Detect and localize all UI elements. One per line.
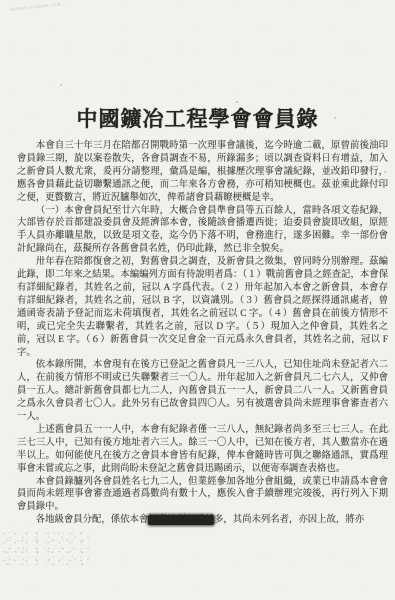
watermark-text: latbrary unzbook com	[9, 0, 99, 14]
preface-paragraph-4: 依本錄所開，本會現有在後方已登記之舊會員凡一三八人，已知住址尚未登記者六二人，在…	[17, 359, 388, 424]
preface-paragraph-6: 本會員錄臚列各會員姓名七九二人，但業經參加各地分會組織，或業已申請爲本會會員而尚…	[17, 476, 388, 515]
noise-speck	[150, 60, 151, 61]
noise-speck	[60, 84, 62, 86]
paragraph-7-text-after: 多，其尚未列名者，亦因上故，將亦	[214, 515, 364, 525]
scanned-document-page: latbrary unzbook com 中國鑛冶工程學會會員錄 本會自三十年三…	[0, 0, 395, 600]
noise-speck	[384, 171, 386, 173]
noise-speck	[388, 430, 390, 432]
document-body: 本會自三十年三月在陪都召開戰時第一次理事會議後，迄今時逾二載，原曾前後油印會員錄…	[17, 140, 388, 527]
noise-speck	[236, 101, 238, 103]
noise-speck	[334, 117, 336, 119]
noise-speck	[380, 260, 382, 262]
preface-paragraph-3: 卅年春在陪都復會之初，對舊會員之調查，及新會員之徵集，曾同時分別辦理。茲編此錄，…	[17, 256, 388, 359]
preface-paragraph-2: （一）本會會員紀至廿六年時，大概合會員準會員等五百餘人，當時各項文卷紀錄，大部皆…	[17, 205, 388, 257]
document-title: 中國鑛冶工程學會會員錄	[0, 103, 395, 133]
preface-paragraph-1: 本會自三十年三月在陪都召開戰時第一次理事會議後，迄今時逾二載，原曾前後油印會員錄…	[17, 140, 388, 205]
preface-paragraph-5: 上述舊會員五一一人中，本會有紀錄者僅一三八人，無紀錄者尚多至三七三人。在此三七三…	[17, 424, 388, 476]
ink-blot: 規章編列西遷甚	[148, 515, 214, 525]
preface-paragraph-7: 各地級會員分配，係依本會規章編列西遷甚多，其尚未列名者，亦因上故，將亦	[17, 514, 388, 527]
scan-noise-patch	[2, 531, 90, 565]
paragraph-7-text-before: 各地級會員分配，係依本會	[36, 515, 149, 525]
